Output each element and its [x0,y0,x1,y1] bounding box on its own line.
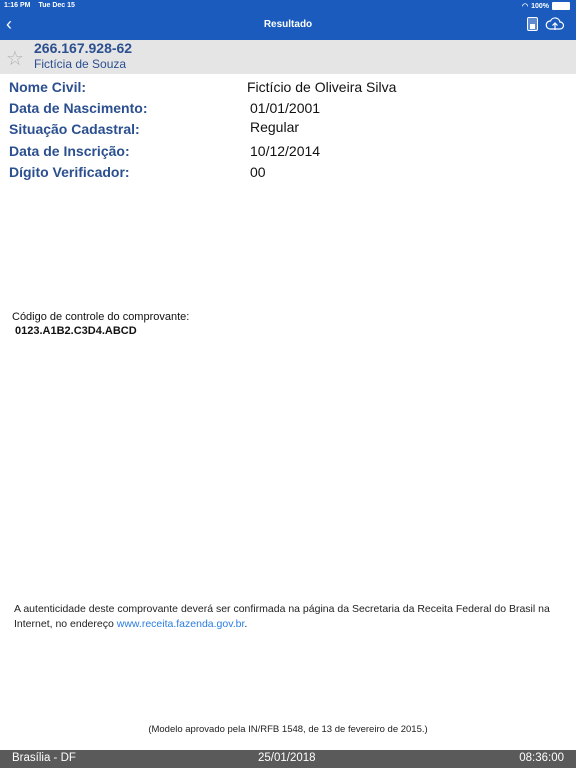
battery-percent: 100% [531,3,549,10]
star-outline-icon[interactable]: ☆ [6,46,24,71]
cloud-upload-icon[interactable] [545,16,565,32]
control-code-value: 0123.A1B2.C3D4.ABCD [15,325,137,337]
wifi-icon: ◠ [522,2,528,10]
receita-link[interactable]: www.receita.fazenda.gov.br [117,618,245,630]
footer-bar: Brasília - DF 25/01/2018 08:36:00 [0,750,576,768]
field-row: Nome Civil:Fictício de Oliveira Silva [0,79,576,101]
control-code-label: Código de controle do comprovante: [12,311,189,323]
page-title: Resultado [0,19,576,30]
footer-date: 25/01/2018 [258,752,316,764]
footer-location: Brasília - DF [12,752,76,764]
field-row: Situação Cadastral:Regular [0,121,576,143]
sim-card-icon[interactable] [527,17,538,31]
status-time: 1:16 PMTue Dec 15 [4,2,83,9]
navigation-bar: 1:16 PMTue Dec 15 ◠ 100% ‹ Resultado [0,0,576,40]
status-indicators: ◠ 100% [522,2,570,10]
person-name: Fictícia de Souza [34,57,126,71]
model-note: (Modelo aprovado pela IN/RFB 1548, de 13… [0,724,576,735]
cpf-number: 266.167.928-62 [34,40,132,56]
authenticity-notice: A autenticidade deste comprovante deverá… [14,602,574,632]
battery-icon [552,2,570,10]
field-row: Dígito Verificador:00 [0,164,576,186]
footer-time: 08:36:00 [519,752,564,764]
field-row: Data de Inscrição:10/12/2014 [0,143,576,165]
